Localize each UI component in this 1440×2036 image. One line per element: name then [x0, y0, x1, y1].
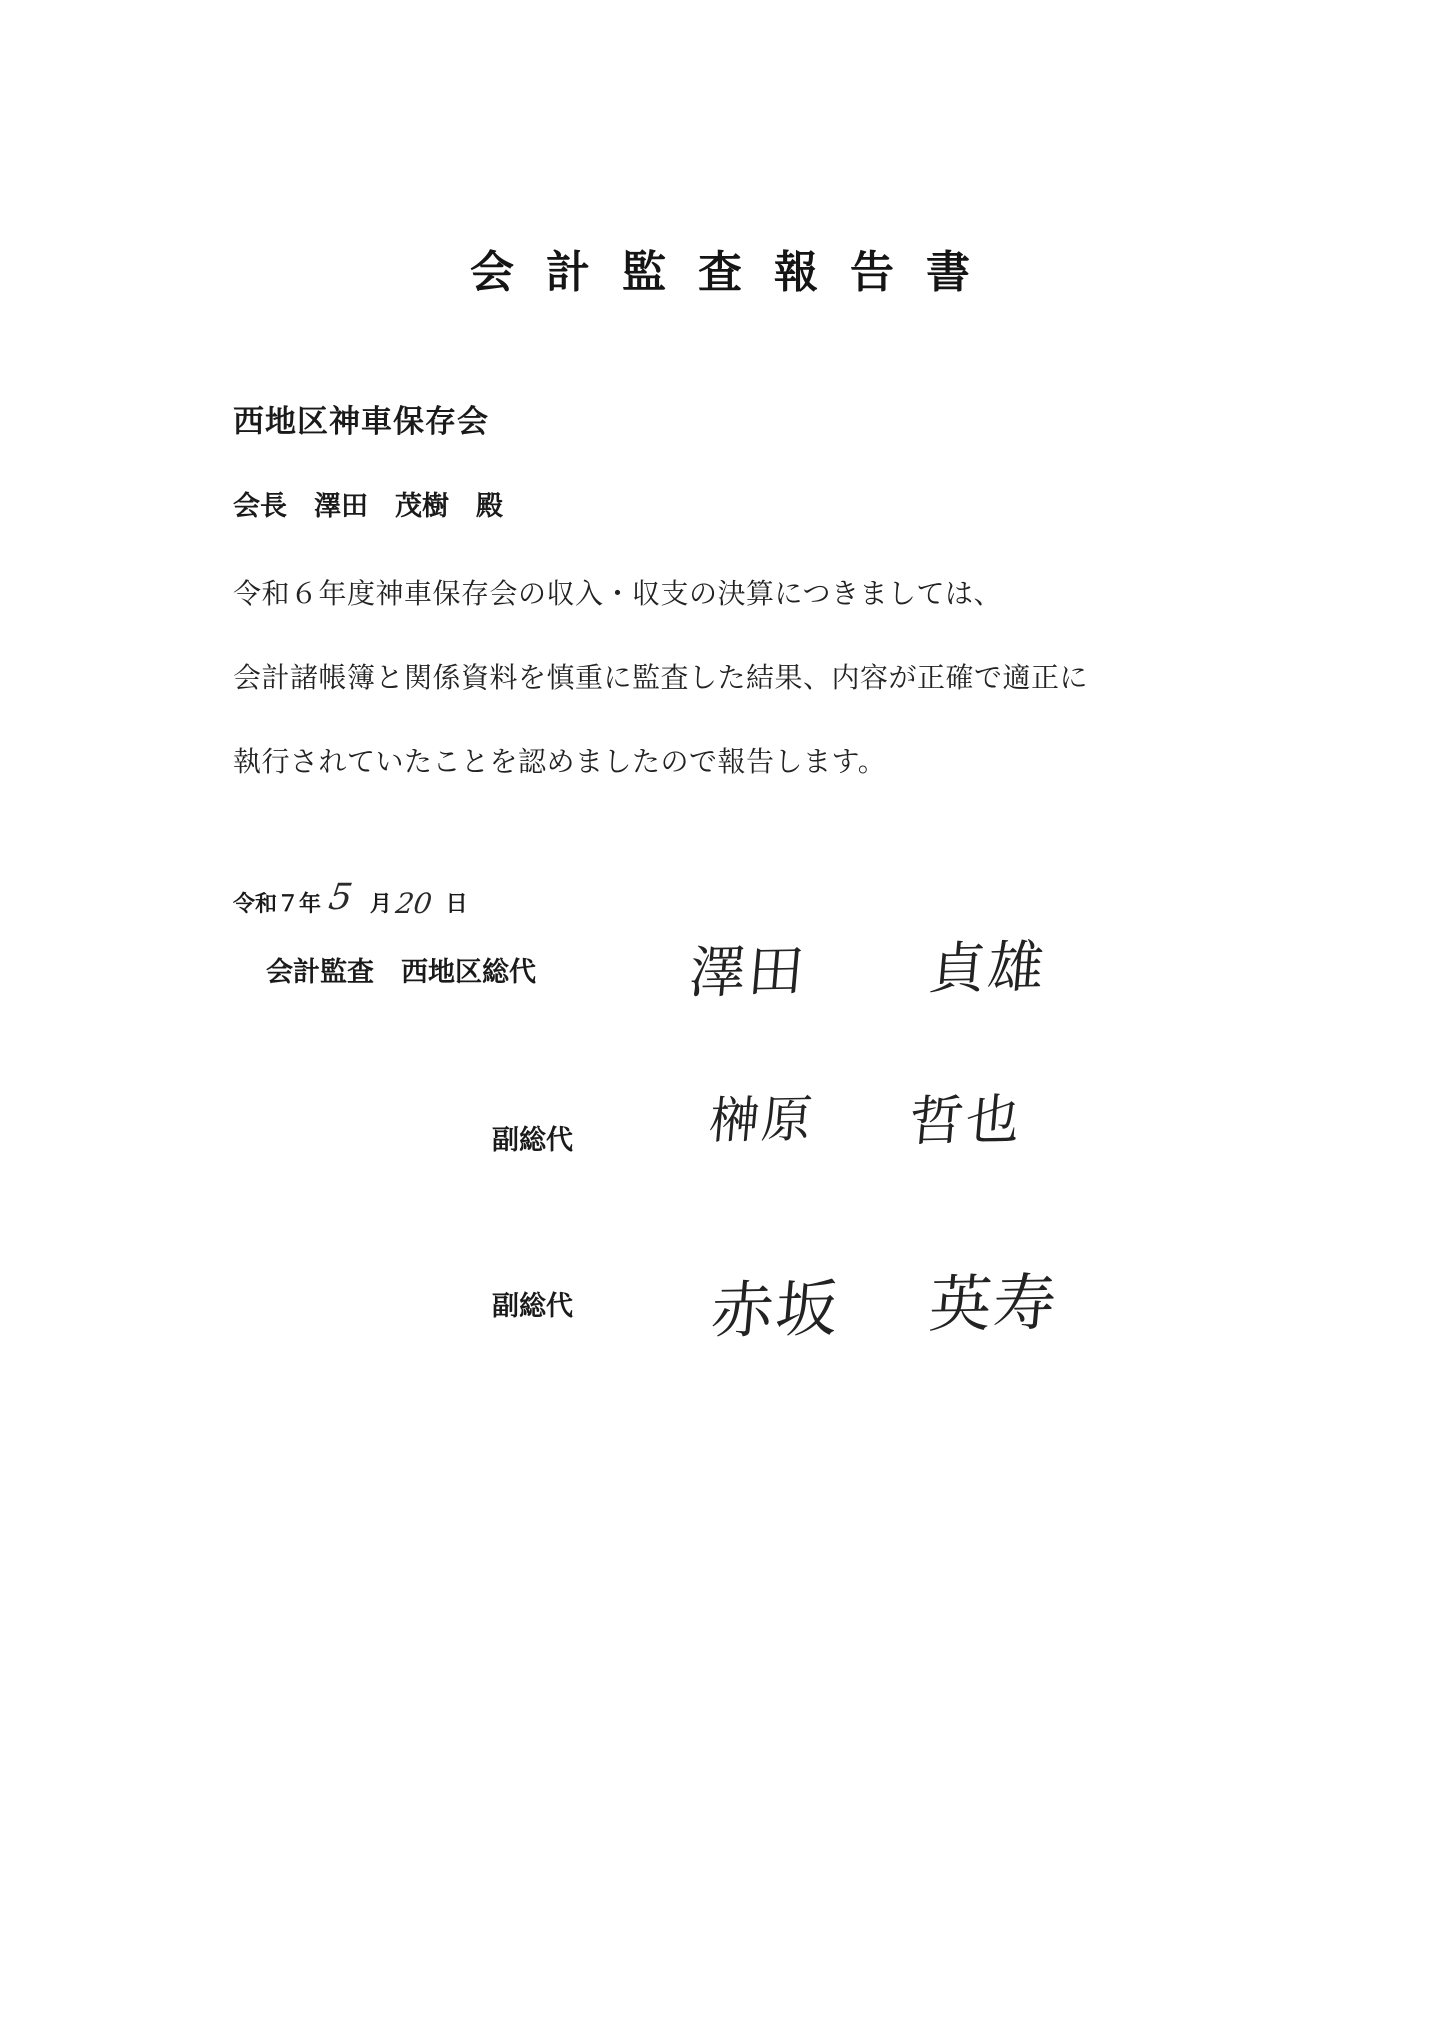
- signature-given-name: 英寿: [926, 1253, 1062, 1344]
- body-text-line: 会計諸帳簿と関係資料を慎重に監査した結果、内容が正確で適正に: [233, 656, 1088, 696]
- signature-family-name: 榊原: [707, 1079, 817, 1153]
- report-date: 令和７年 5 月 20 日: [233, 882, 468, 918]
- document-page: 会計監査報告書 西地区神車保存会 会長 澤田 茂樹 殿 令和６年度神車保存会の収…: [0, 0, 1440, 2036]
- signer-role: 会計監査 西地区総代: [266, 950, 536, 989]
- body-text-line: 執行されていたことを認めましたので報告します。: [233, 740, 886, 780]
- body-text-line: 令和６年度神車保存会の収入・収支の決算につきましては、: [233, 572, 1002, 612]
- signature-given-name: 哲也: [907, 1077, 1026, 1156]
- addressee-organization: 西地区神車保存会: [233, 396, 489, 441]
- date-era-year: 令和７年: [233, 887, 321, 918]
- signature-family-name: 澤田: [686, 927, 809, 1009]
- signer-role: 副総代: [492, 1284, 573, 1323]
- signer-role: 副総代: [492, 1118, 573, 1157]
- document-title: 会計監査報告書: [0, 236, 1440, 300]
- date-month-label: 月: [370, 887, 392, 918]
- date-month-handwritten: 5: [326, 880, 354, 916]
- addressee-person: 会長 澤田 茂樹 殿: [233, 484, 503, 523]
- signature-family-name: 赤坂: [708, 1259, 844, 1350]
- signature-given-name: 貞雄: [926, 923, 1049, 1005]
- date-day-handwritten: 20: [394, 890, 434, 918]
- date-day-label: 日: [446, 887, 468, 918]
